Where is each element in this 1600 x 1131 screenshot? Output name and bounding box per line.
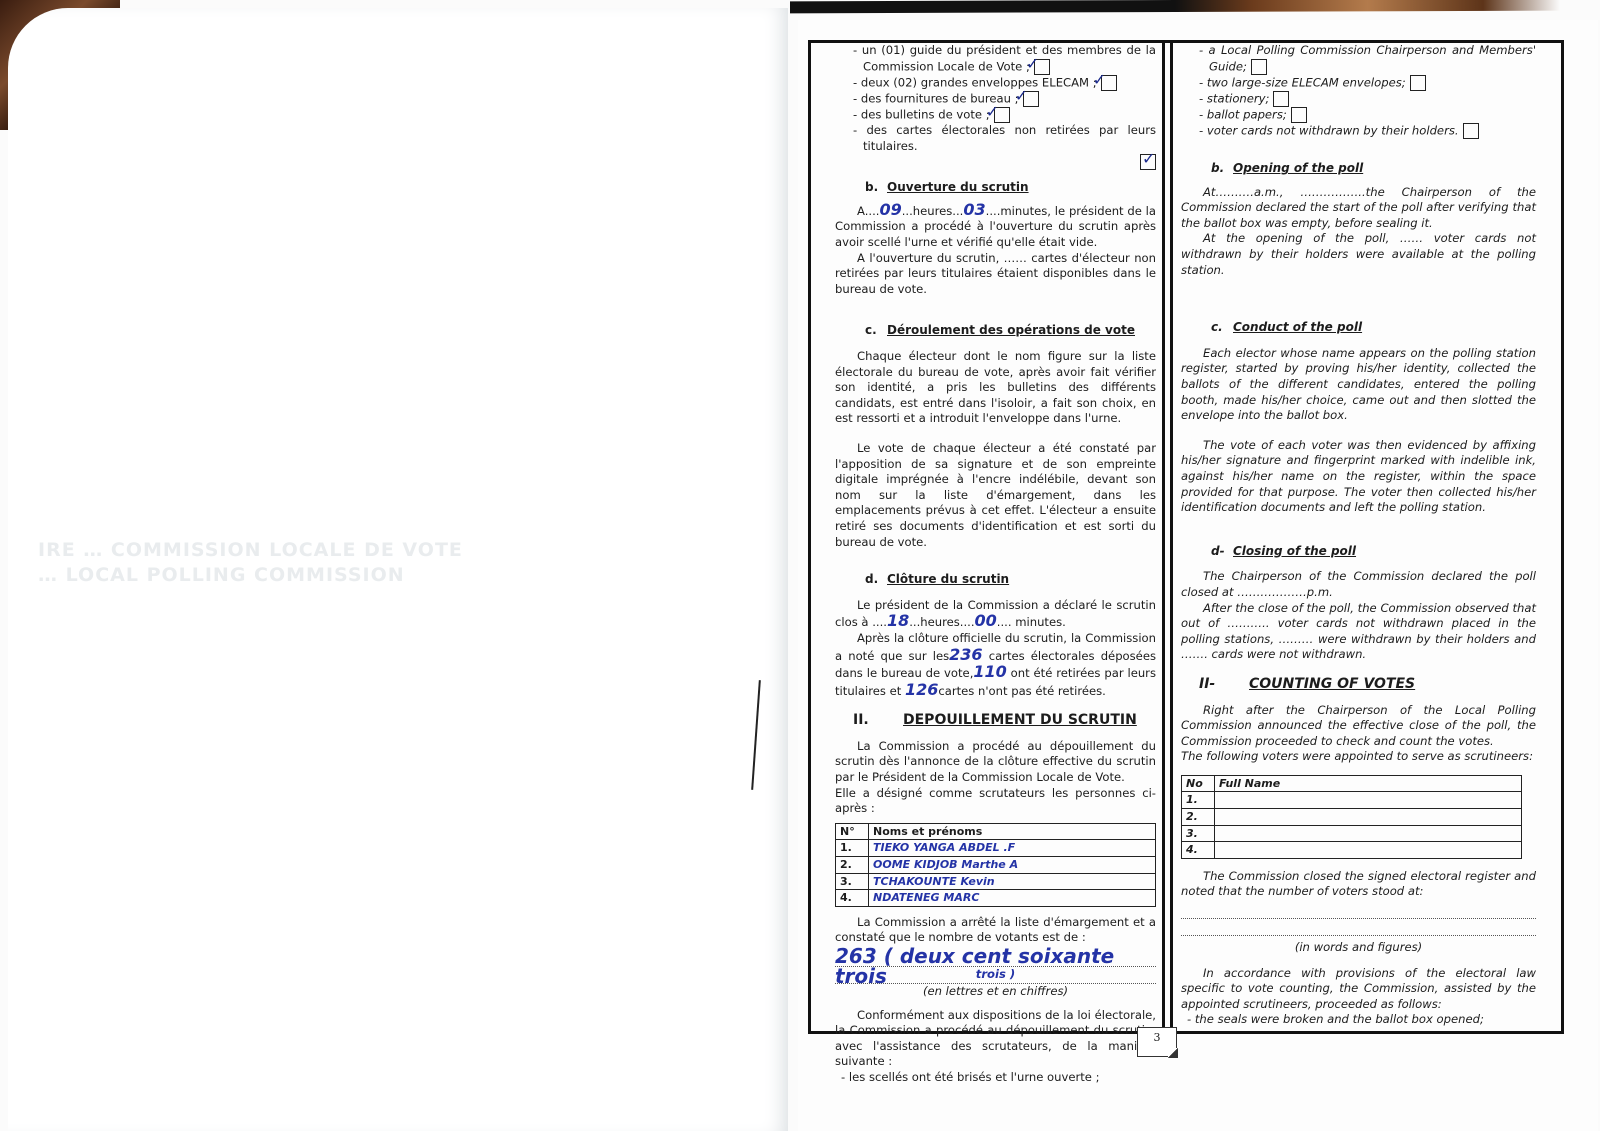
ghost-line: … LOCAL POLLING COMMISSION — [38, 563, 738, 588]
paragraph: The Commission closed the signed elector… — [1181, 869, 1536, 900]
page-number: 3 — [1137, 1027, 1177, 1057]
ghost-line: IRE … COMMISSION LOCALE DE VOTE — [38, 538, 738, 563]
scrutineer-name[interactable] — [1215, 842, 1522, 859]
col-header: N° — [836, 823, 869, 840]
section-heading: c.Déroulement des opérations de vote — [835, 323, 1156, 339]
checkbox-checked[interactable] — [1023, 91, 1039, 107]
handwritten-voter-count[interactable]: 263 ( deux cent soixante trois — [835, 946, 1156, 967]
materials-list-en: - a Local Polling Commission Chairperson… — [1181, 43, 1536, 139]
table-row: 2.OOME KIDJOB Marthe A — [836, 857, 1156, 874]
paragraph: Each elector whose name appears on the p… — [1181, 346, 1536, 424]
handwritten-cards-withdrawn: 110 — [973, 662, 1006, 681]
handwritten-cards-not-withdrawn: 126 — [905, 680, 938, 699]
checkbox-empty[interactable] — [1273, 91, 1289, 107]
paragraph: After the close of the poll, the Commiss… — [1181, 601, 1536, 663]
material-item: - des bulletins de vote ; — [851, 107, 1156, 123]
paragraph: In accordance with provisions of the ele… — [1181, 966, 1536, 1013]
material-item: - a Local Polling Commission Chairperson… — [1197, 43, 1536, 75]
checkbox-checked[interactable] — [1140, 154, 1156, 170]
english-column: - a Local Polling Commission Chairperson… — [1170, 43, 1536, 1029]
handwritten-open-minutes: 03 — [963, 200, 985, 219]
paragraph: Right after the Chairperson of the Local… — [1181, 703, 1536, 750]
voter-count-line[interactable] — [1181, 904, 1536, 919]
checkbox-empty[interactable] — [1463, 123, 1479, 139]
left-page-blank: IRE … COMMISSION LOCALE DE VOTE … LOCAL … — [8, 8, 788, 1131]
bullet: - les scellés ont été brisés et l'urne o… — [835, 1070, 1156, 1086]
table-row: 1.TIEKO YANGA ABDEL .F — [836, 840, 1156, 857]
materials-list-fr: - un (01) guide du président et des memb… — [835, 43, 1156, 170]
col-header: Noms et prénoms — [869, 823, 1156, 840]
scrutineer-name[interactable] — [1215, 809, 1522, 826]
material-item: - stationery; — [1197, 91, 1536, 107]
section-heading: d.Clôture du scrutin — [835, 572, 1156, 588]
paragraph: At the opening of the poll, …… voter car… — [1181, 231, 1536, 278]
handwritten-close-minutes: 00 — [975, 611, 997, 630]
paragraph: The Chairperson of the Commission declar… — [1181, 569, 1536, 600]
material-item: - des fournitures de bureau ; — [851, 91, 1156, 107]
checkbox-empty[interactable] — [1410, 75, 1426, 91]
table-row: 1. — [1182, 792, 1522, 809]
paragraph: At……….a.m., ……………..the Chairperson of th… — [1181, 185, 1536, 232]
checkbox-checked[interactable] — [1101, 75, 1117, 91]
paragraph: A....09...heures...03....minutes, le pré… — [835, 202, 1156, 251]
table-row: 3. — [1182, 825, 1522, 842]
table-row: 4. — [1182, 842, 1522, 859]
bleed-through-text: IRE … COMMISSION LOCALE DE VOTE … LOCAL … — [38, 538, 738, 588]
voter-count-line[interactable] — [1181, 921, 1536, 936]
section-heading-major: II-COUNTING OF VOTES — [1181, 677, 1536, 693]
col-header: Full Name — [1215, 775, 1522, 792]
scrutineers-table-en: NoFull Name 1. 2. 3. 4. — [1181, 775, 1522, 859]
bullet: - the seals were broken and the ballot b… — [1181, 1012, 1536, 1028]
paragraph: Chaque électeur dont le nom figure sur l… — [835, 349, 1156, 427]
caption: (in words and figures) — [1181, 940, 1536, 956]
paragraph: La Commission a arrêté la liste d'émarge… — [835, 915, 1156, 946]
section-heading: b.Opening of the poll — [1181, 161, 1536, 177]
paragraph: The vote of each voter was then evidence… — [1181, 438, 1536, 516]
paragraph: A l'ouverture du scrutin, …… cartes d'él… — [835, 251, 1156, 298]
paragraph: Après la clôture officielle du scrutin, … — [835, 631, 1156, 699]
section-heading: b.Ouverture du scrutin — [835, 180, 1156, 196]
paragraph: Le président de la Commission a déclaré … — [835, 598, 1156, 631]
paragraph: The following voters were appointed to s… — [1181, 749, 1536, 765]
table-row: 3.TCHAKOUNTE Kevin — [836, 873, 1156, 890]
material-item: - des cartes électorales non retirées pa… — [851, 123, 1156, 154]
scrutineer-name[interactable]: NDATENEG MARC — [869, 890, 1156, 907]
background-strip — [790, 0, 1560, 13]
paragraph: Conformément aux dispositions de la loi … — [835, 1008, 1156, 1070]
section-heading: d-Closing of the poll — [1181, 544, 1536, 560]
material-item: - deux (02) grandes enveloppes ELECAM ; — [851, 75, 1156, 91]
french-column: - un (01) guide du président et des memb… — [835, 43, 1165, 1029]
checkbox-checked[interactable] — [1034, 59, 1050, 75]
scrutineer-name[interactable]: OOME KIDJOB Marthe A — [869, 857, 1156, 874]
scrutineers-table-fr: N°Noms et prénoms 1.TIEKO YANGA ABDEL .F… — [835, 823, 1156, 907]
checkbox-checked[interactable] — [994, 107, 1010, 123]
table-row: 2. — [1182, 809, 1522, 826]
table-row: 4.NDATENEG MARC — [836, 890, 1156, 907]
handwritten-open-hour: 09 — [879, 200, 901, 219]
material-item: - ballot papers; — [1197, 107, 1536, 123]
paragraph: Le vote de chaque électeur a été constat… — [835, 441, 1156, 550]
handwritten-close-hour: 18 — [887, 611, 909, 630]
scrutineer-name[interactable]: TCHAKOUNTE Kevin — [869, 873, 1156, 890]
material-item: - voter cards not withdrawn by their hol… — [1197, 123, 1536, 139]
material-item: - two large-size ELECAM envelopes; — [1197, 75, 1536, 91]
checkbox-empty[interactable] — [1251, 59, 1267, 75]
paragraph: La Commission a procédé au dépouillement… — [835, 739, 1156, 786]
paragraph: Elle a désigné comme scrutateurs les per… — [835, 786, 1156, 817]
handwritten-cards-deposited: 236 — [949, 645, 982, 664]
section-heading: c.Conduct of the poll — [1181, 320, 1536, 336]
checkbox-empty[interactable] — [1291, 107, 1307, 123]
scrutineer-name[interactable] — [1215, 825, 1522, 842]
material-item: - un (01) guide du président et des memb… — [851, 43, 1156, 75]
scrutineer-name[interactable]: TIEKO YANGA ABDEL .F — [869, 840, 1156, 857]
section-heading-major: II.DEPOUILLEMENT DU SCRUTIN — [835, 713, 1156, 729]
scrutineer-name[interactable] — [1215, 792, 1522, 809]
col-header: No — [1182, 775, 1215, 792]
